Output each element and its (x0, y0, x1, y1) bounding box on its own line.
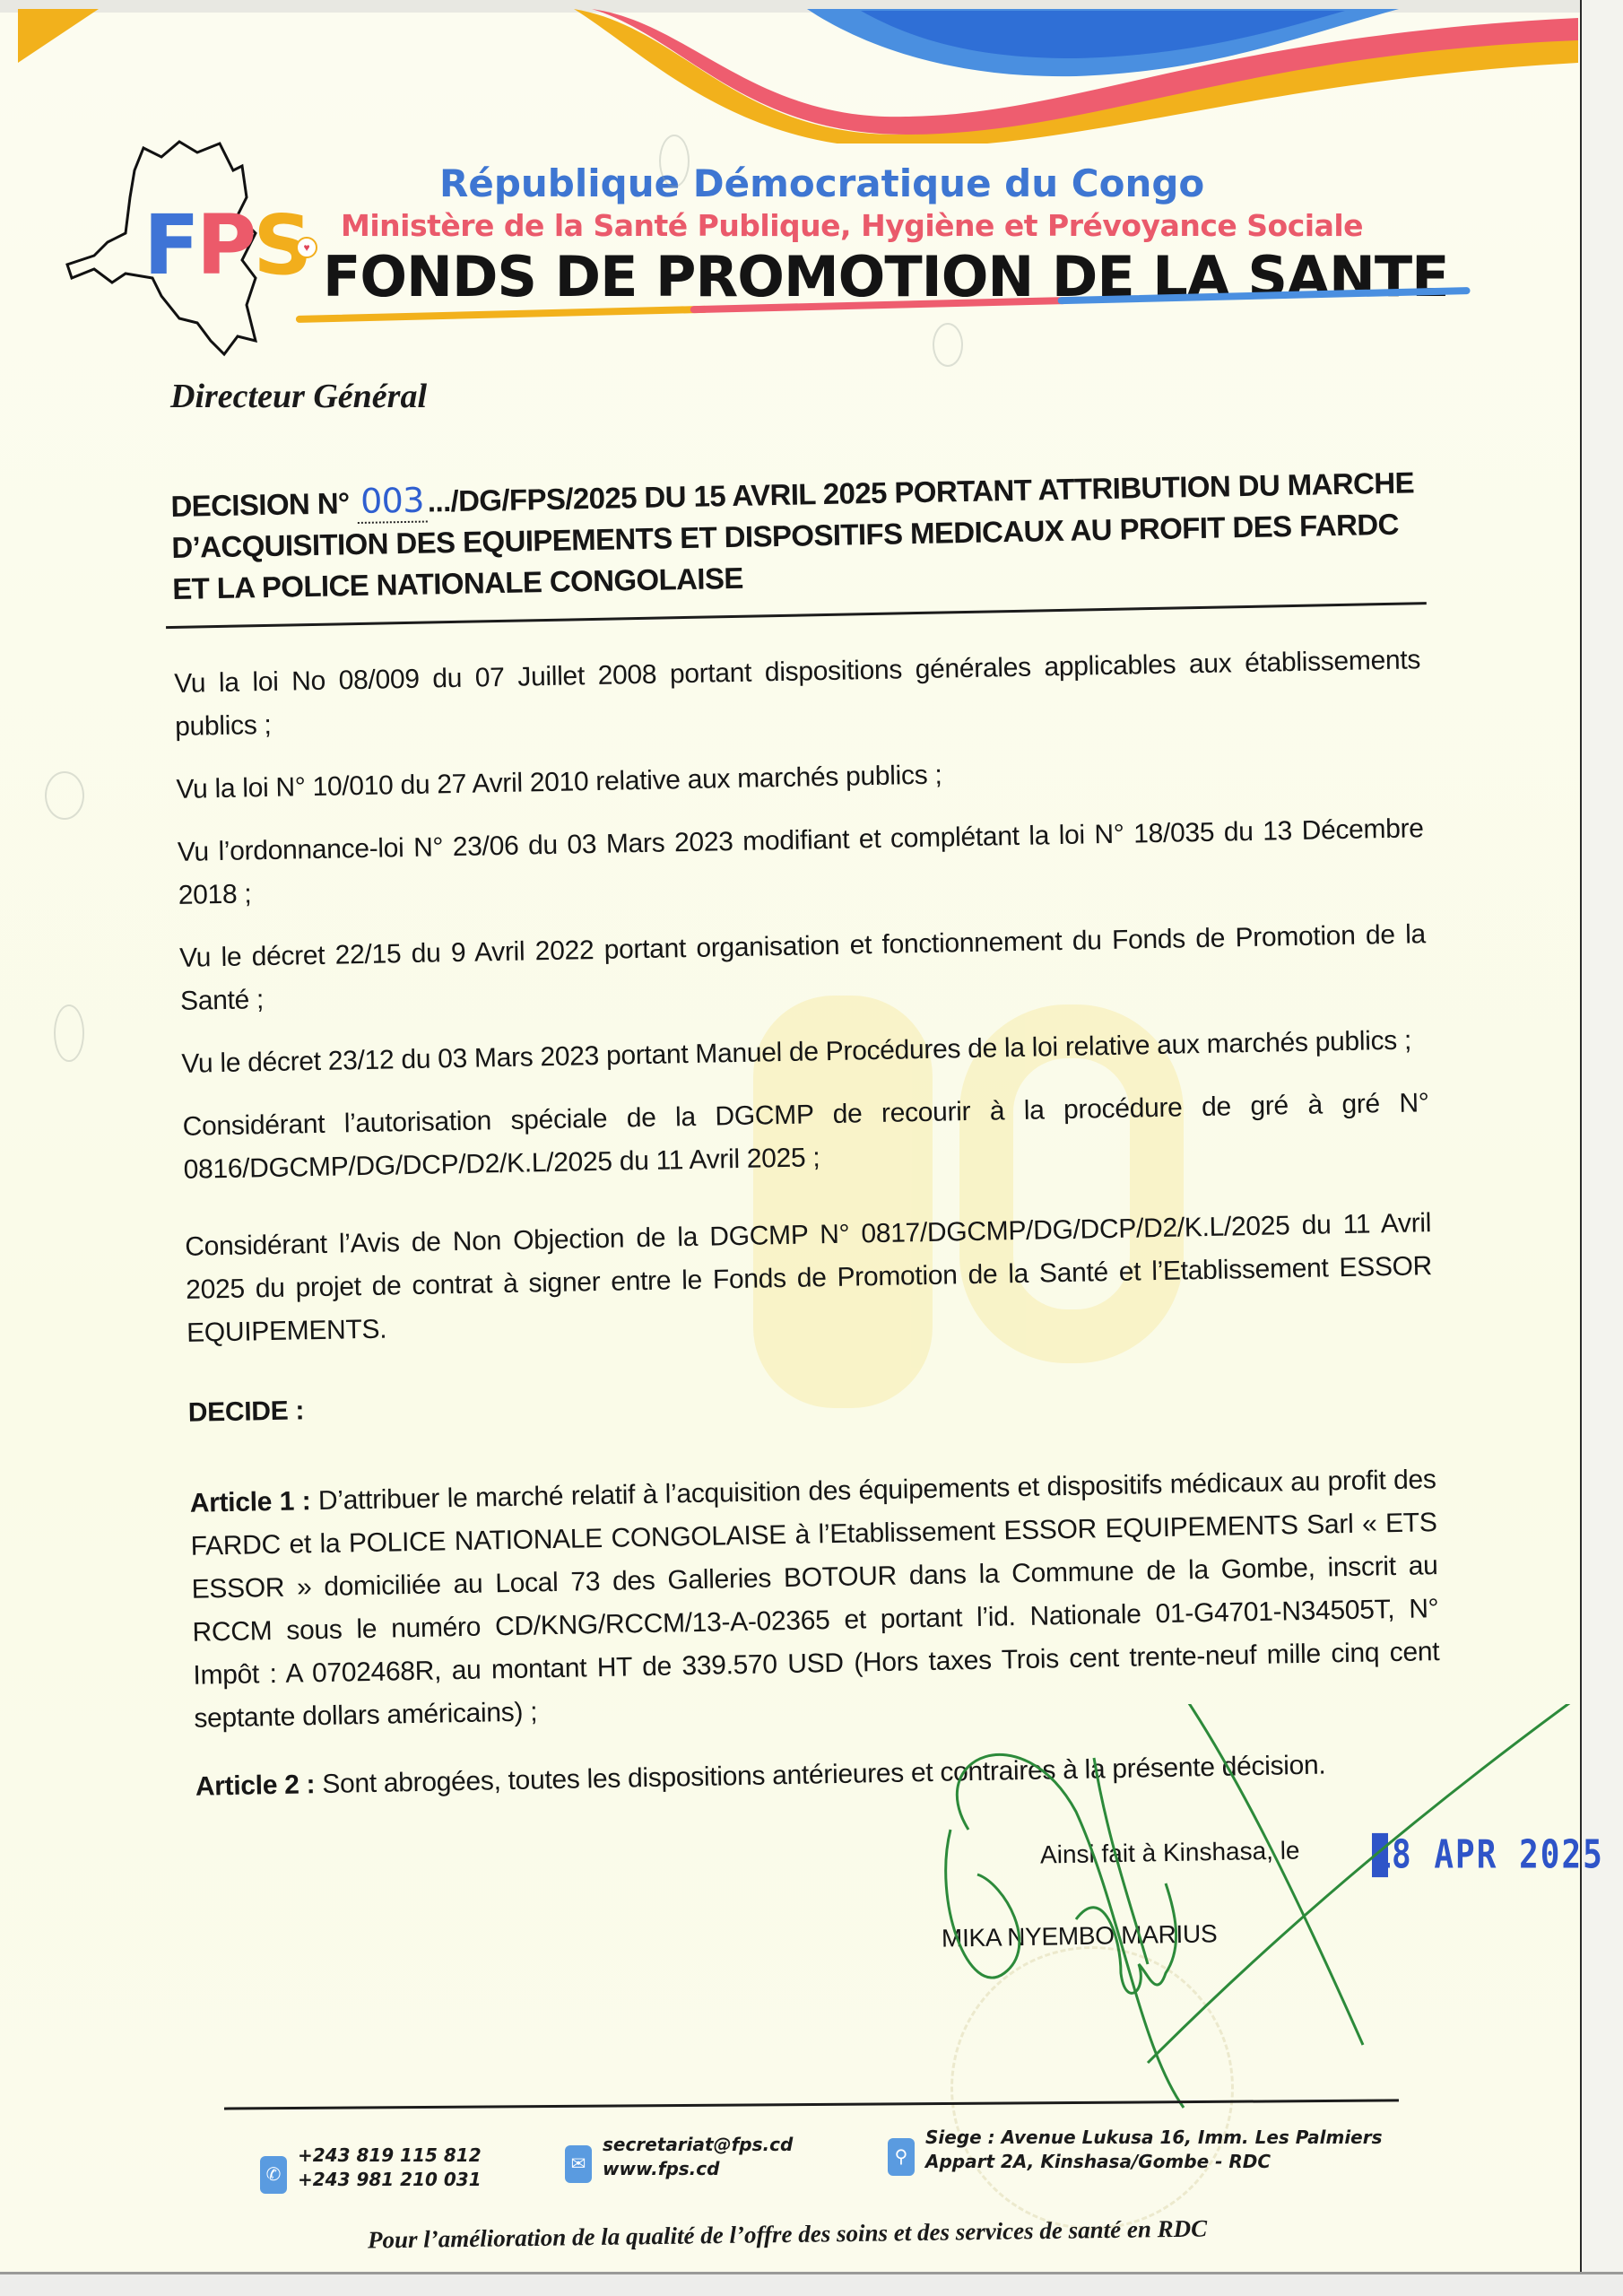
recital: Vu la loi No 08/009 du 07 Juillet 2008 p… (174, 639, 1422, 749)
envelope-icon: ✉ (565, 2145, 592, 2183)
address-line: Siege : Avenue Lukusa 16, Imm. Les Palmi… (925, 2126, 1383, 2150)
scan-smudge (54, 1004, 84, 1062)
decision-body: DECISION N° 003.../DG/FPS/2025 DU 15 AVR… (170, 460, 1442, 1808)
phone-icon: ✆ (260, 2156, 287, 2194)
footer-email-web: ✉ secretariat@fps.cd www.fps.cd (565, 2133, 793, 2183)
scan-smudge (659, 135, 690, 187)
letterhead-wave (0, 0, 1623, 143)
scan-edge-bottom (0, 2272, 1623, 2296)
recital: Considérant l’Avis de Non Objection de l… (185, 1202, 1434, 1355)
fps-logo: FPS (143, 204, 309, 287)
scan-smudge (933, 323, 963, 367)
scan-smudge (45, 771, 84, 820)
place-date-line: Ainsi fait à Kinshasa, le (1040, 1836, 1300, 1869)
scan-edge-right (1580, 0, 1623, 2296)
recital: Vu la loi N° 10/010 du 27 Avril 2010 rel… (176, 744, 1423, 812)
recital: Vu le décret 22/15 du 9 Avril 2022 porta… (179, 913, 1428, 1023)
decide-heading: DECIDE : (188, 1374, 1435, 1429)
date-stamp: 18 APR 2025 (1372, 1833, 1604, 1877)
article-1: Article 1 : D’attribuer le marché relati… (189, 1458, 1440, 1741)
phone-number[interactable]: +243 819 115 812 (298, 2144, 482, 2168)
ministry-name: Ministère de la Santé Publique, Hygiène … (341, 208, 1363, 243)
website-link[interactable]: www.fps.cd (603, 2157, 793, 2181)
phone-number[interactable]: +243 981 210 031 (298, 2168, 482, 2192)
decision-title: DECISION N° 003.../DG/FPS/2025 DU 15 AVR… (170, 460, 1419, 610)
country-name: République Démocratique du Congo (439, 161, 1204, 205)
location-pin-icon: ⚲ (888, 2138, 915, 2176)
recital: Considérant l’autorisation spéciale de l… (182, 1082, 1430, 1192)
address-line: Appart 2A, Kinshasa/Gombe - RDC (925, 2150, 1383, 2174)
document-page: FPS ♥ République Démocratique du Congo M… (0, 0, 1623, 2296)
recital: Vu l’ordonnance-loi N° 23/06 du 03 Mars … (177, 807, 1425, 918)
email-link[interactable]: secretariat@fps.cd (603, 2133, 793, 2157)
recital: Vu le décret 23/12 du 03 Mars 2023 porta… (181, 1019, 1428, 1086)
office-title: Directeur Général (170, 377, 427, 416)
article-2: Article 2 : Sont abrogées, toutes les di… (195, 1742, 1442, 1809)
footer-phones: ✆ +243 819 115 812 +243 981 210 031 (260, 2144, 482, 2194)
decision-number: 003 (357, 480, 429, 525)
signatory-name: MIKA NYEMBO MARIUS (942, 1919, 1218, 1952)
footer-address: ⚲ Siege : Avenue Lukusa 16, Imm. Les Pal… (888, 2126, 1383, 2176)
stethoscope-heart-icon: ♥ (296, 237, 317, 258)
